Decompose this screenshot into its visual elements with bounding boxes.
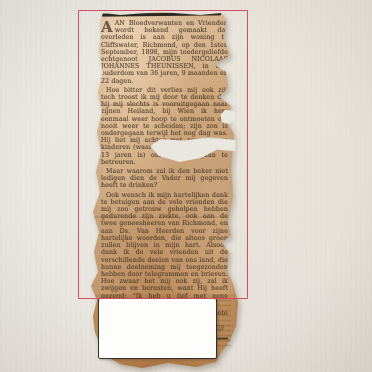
photo-background: AAN Bloedverwanten en Vrienden wordt bek… <box>0 0 372 372</box>
white-redaction-box <box>98 298 217 359</box>
covered-text-fragments <box>217 300 231 346</box>
annotation-rectangle <box>78 10 248 299</box>
